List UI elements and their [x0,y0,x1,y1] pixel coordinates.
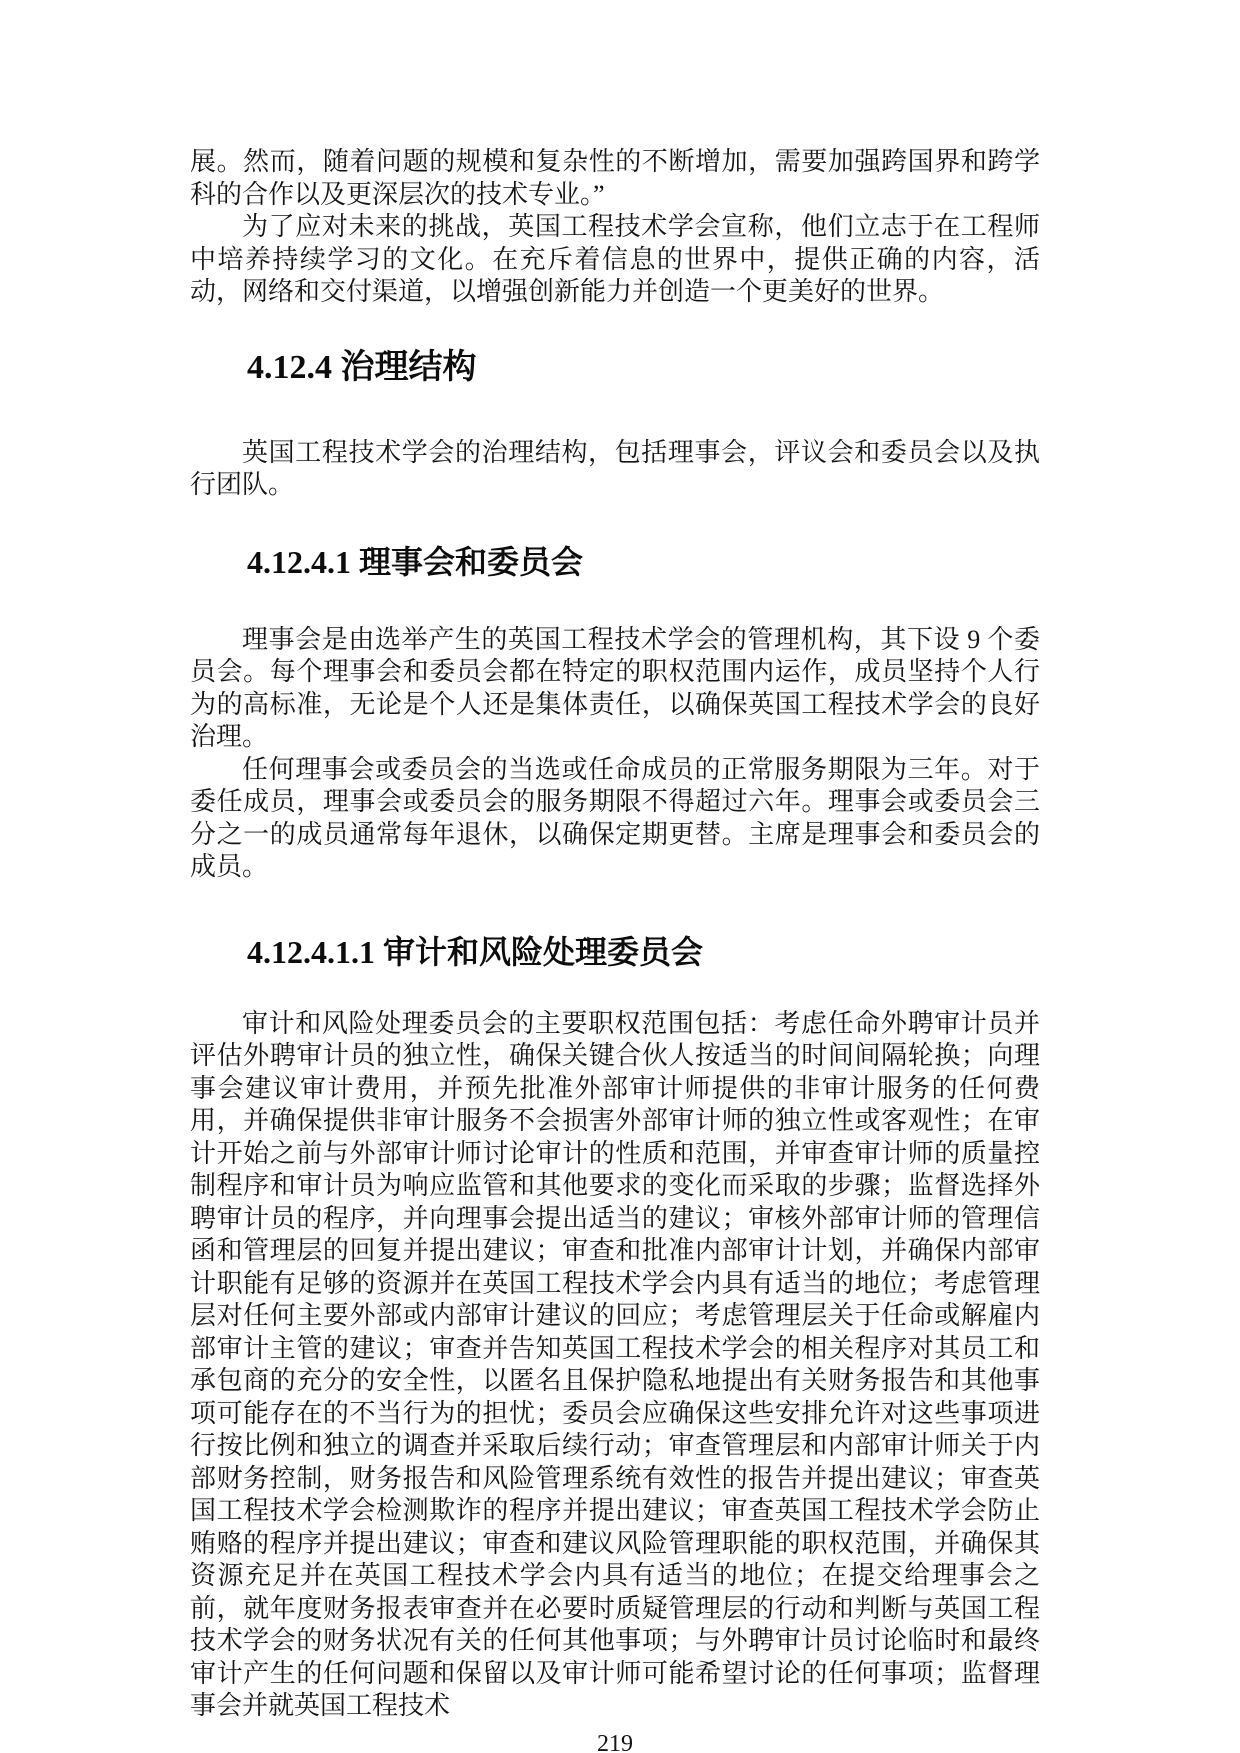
document-page: 展。然而，随着问题的规模和复杂性的不断增加，需要加强跨国界和跨学科的合作以及更深… [0,0,1240,1753]
page-number: 219 [190,1729,1040,1753]
paragraph-council-terms: 任何理事会或委员会的当选或任命成员的正常服务期限为三年。对于委任成员，理事会或委… [190,754,1040,884]
paragraph-audit-risk-remit: 审计和风险处理委员会的主要职权范围包括：考虑任命外聘审计员并评估外聘审计员的独立… [190,1008,1040,1723]
paragraph-mission: 为了应对未来的挑战，英国工程技术学会宣称，他们立志于在工程师中培养持续学习的文化… [190,211,1040,309]
section-heading-audit-risk-committee: 4.12.4.1.1 审计和风险处理委员会 [247,932,1040,972]
paragraph-governance: 英国工程技术学会的治理结构，包括理事会，评议会和委员会以及执行团队。 [190,437,1040,502]
paragraph-council-structure: 理事会是由选举产生的英国工程技术学会的管理机构，其下设 9 个委员会。每个理事会… [190,624,1040,754]
section-heading-council-committees: 4.12.4.1 理事会和委员会 [247,542,1040,582]
paragraph-continuation: 展。然而，随着问题的规模和复杂性的不断增加，需要加强跨国界和跨学科的合作以及更深… [190,146,1040,211]
section-heading-governance: 4.12.4 治理结构 [247,347,1040,389]
